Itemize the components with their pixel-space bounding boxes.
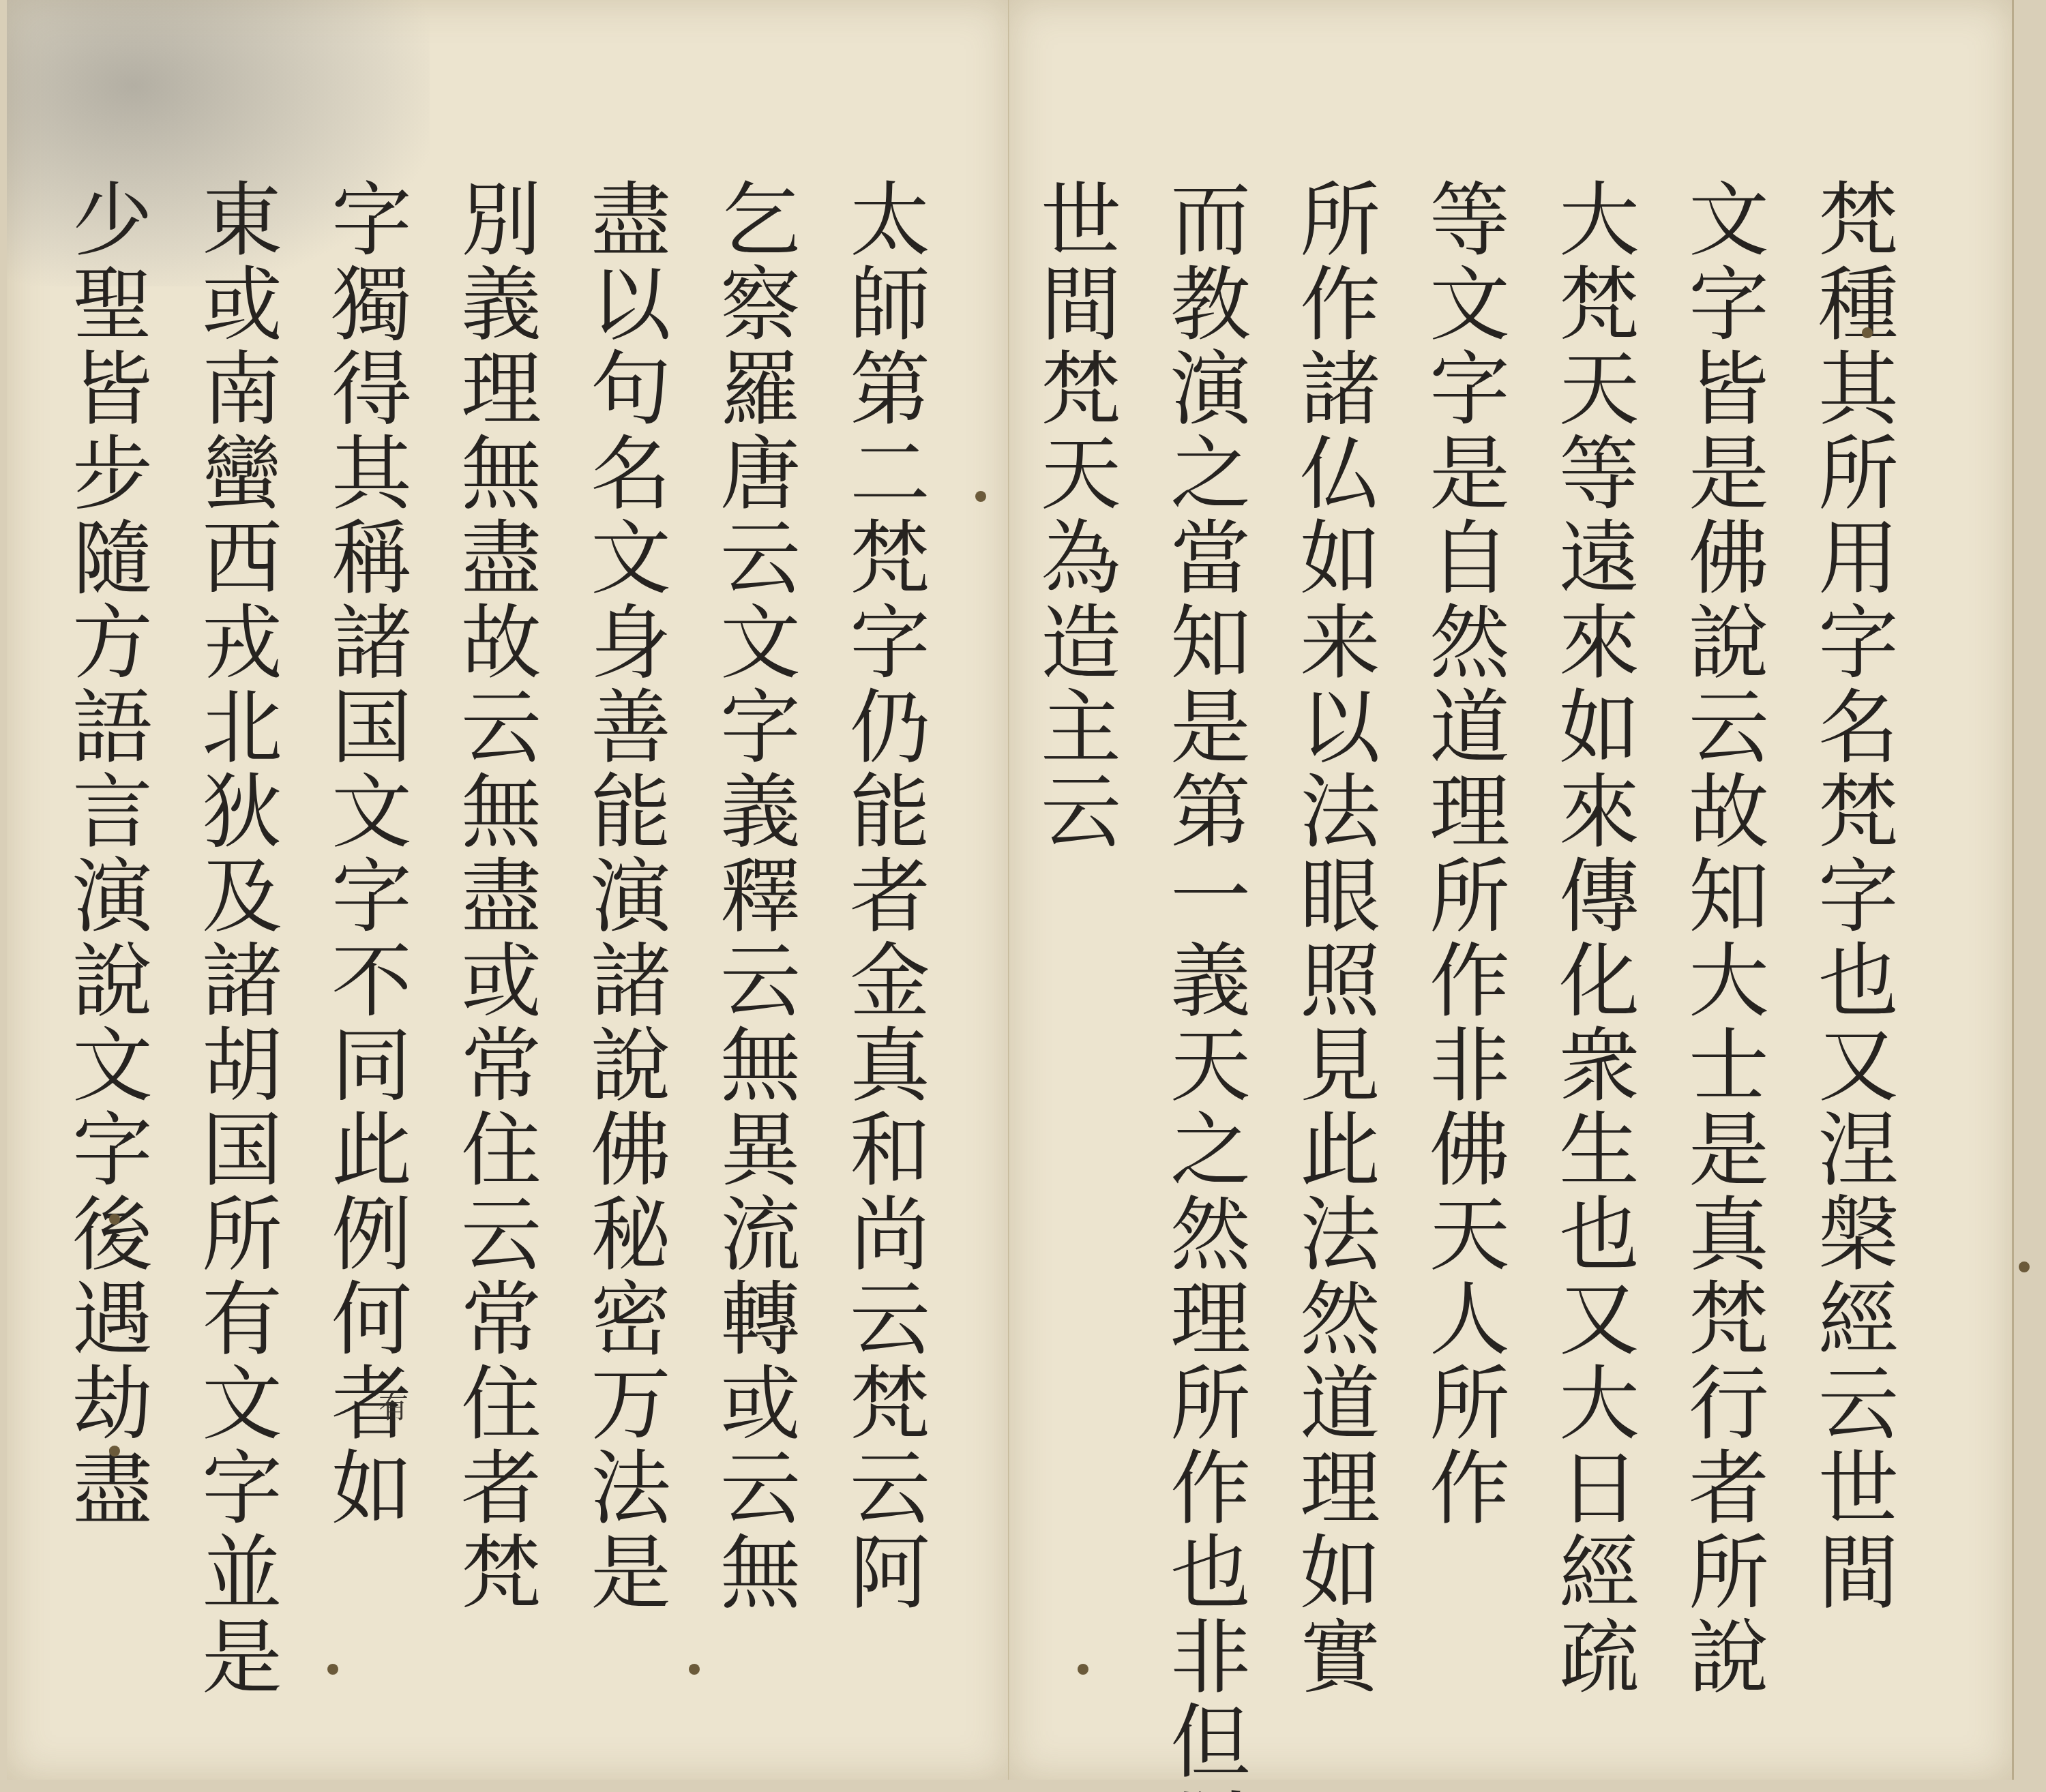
left-page-columns: 太師第二梵字仍能者金真和尚云梵云阿 乞察羅唐云文字義釋云無異流轉或云無 盡以句名… — [41, 177, 948, 1712]
worm-hole — [327, 1664, 338, 1675]
text-column: 大梵天等遠來如來傳化衆生也又大日經疏 — [1528, 177, 1657, 1712]
interlinear-note: 有 — [368, 1391, 412, 1421]
text-column: 別義理無盡故云無盡或常住云常住者梵 — [430, 177, 559, 1712]
text-column: 文字皆是佛說云故知大士是真梵行者所說 — [1657, 177, 1787, 1712]
worm-hole — [689, 1664, 700, 1675]
text-column: 東或南蠻西戎北狄及諸胡国所有文字並是 — [170, 177, 300, 1712]
left-page: 太師第二梵字仍能者金真和尚云梵云阿 乞察羅唐云文字義釋云無異流轉或云無 盡以句名… — [7, 0, 1009, 1780]
worm-hole — [975, 491, 986, 502]
text-column: 盡以句名文身善能演諸說佛秘密万法是 — [559, 177, 689, 1712]
text-column: 而教演之當知是第一義天之然理所作也非但以 — [1139, 177, 1269, 1712]
text-column: 梵種其所用字名梵字也又涅槃經云世間 — [1787, 177, 1916, 1712]
text-column: 太師第二梵字仍能者金真和尚云梵云阿 — [818, 177, 948, 1712]
text-column: 乞察羅唐云文字義釋云無異流轉或云無 — [689, 177, 818, 1712]
worm-hole — [1862, 327, 1873, 338]
worm-hole — [109, 1214, 120, 1225]
right-page: 梵種其所用字名梵字也又涅槃經云世間 文字皆是佛說云故知大士是真梵行者所說 大梵天… — [1009, 0, 2014, 1780]
text-column: 世間梵天為造主云 — [1009, 177, 1139, 1712]
text-column: 等文字是自然道理所作非佛天人所作 — [1398, 177, 1528, 1712]
right-page-columns: 梵種其所用字名梵字也又涅槃經云世間 文字皆是佛說云故知大士是真梵行者所說 大梵天… — [1009, 177, 1916, 1712]
worm-hole — [109, 1446, 120, 1457]
text-column: 字獨得其稱諸国文字不同此例何者如 — [300, 177, 430, 1712]
text-column: 少聖皆步隨方語言演說文字後遇劫盡 — [41, 177, 170, 1712]
worm-hole — [1078, 1664, 1088, 1675]
manuscript-book: 太師第二梵字仍能者金真和尚云梵云阿 乞察羅唐云文字義釋云無異流轉或云無 盡以句名… — [7, 0, 2026, 1792]
worm-hole — [2019, 1261, 2030, 1272]
text-column: 所作諸仏如来以法眼照見此法然道理如實 — [1269, 177, 1398, 1712]
